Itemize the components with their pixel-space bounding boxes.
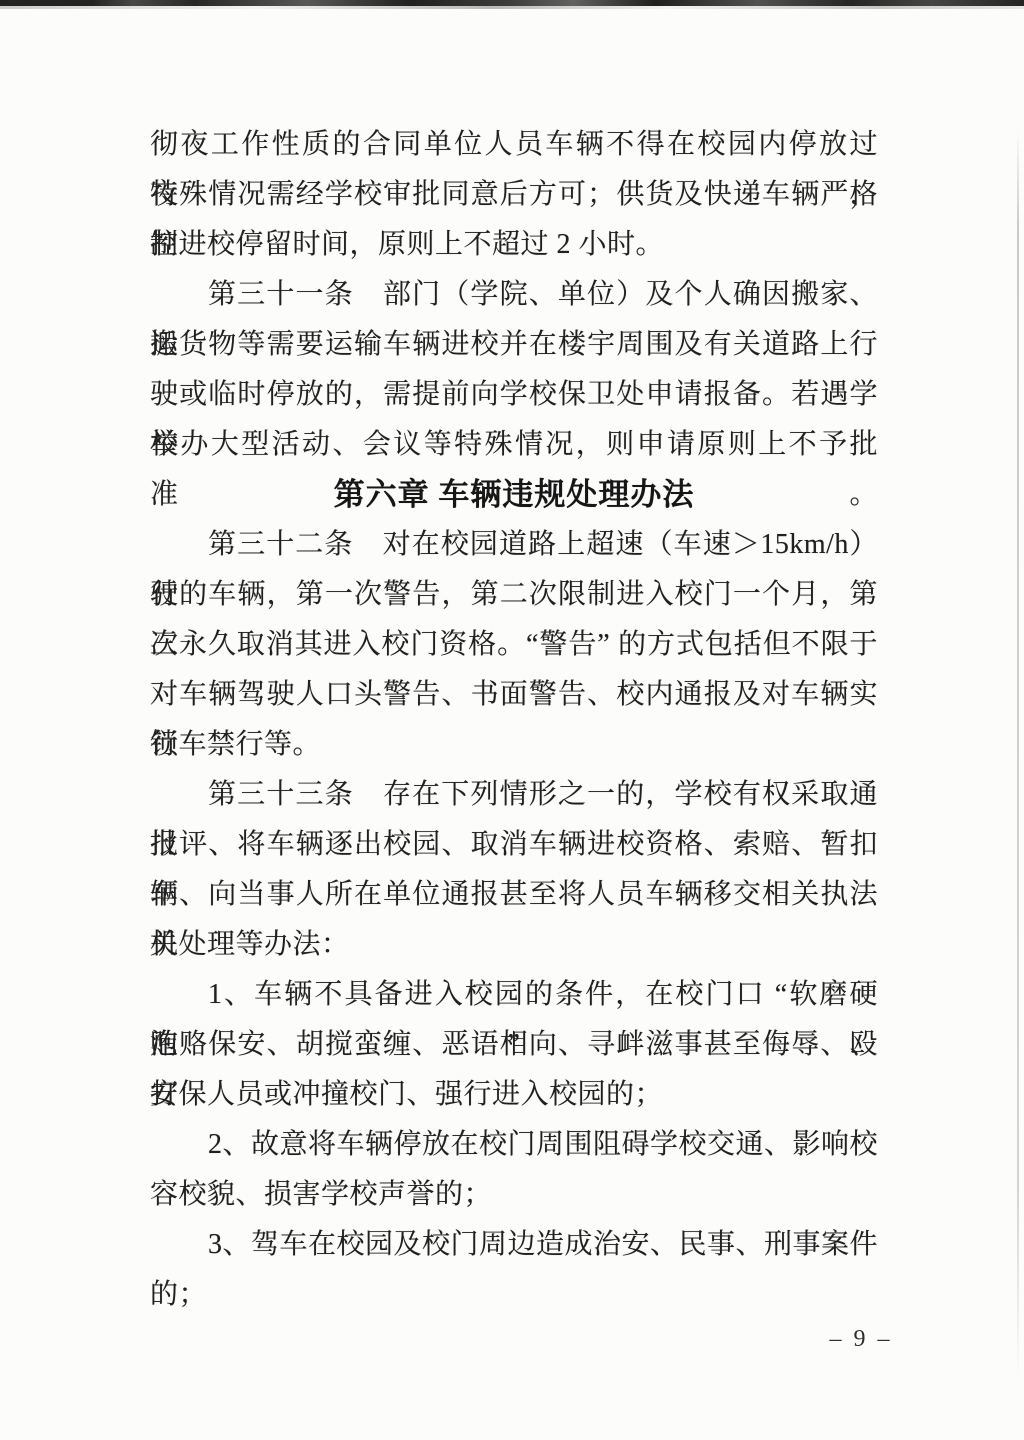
text-line: 彻夜工作性质的合同单位人员车辆不得在校园内停放过夜， [150,120,878,170]
text-line: 锁车禁行等。 [150,720,878,770]
text-line: 驶或临时停放的，需提前向学校保卫处申请报备。若遇学校 [150,370,878,420]
text-line: 安保人员或冲撞校门、强行进入校园的； [150,1070,878,1120]
text-line: 次永久取消其进入校门资格。“警告” 的方式包括但不限于 [150,620,878,670]
text-line: 容校貌、损害学校声誉的； [150,1170,878,1220]
text-line: 对车辆驾驶人口头警告、书面警告、校内通报及对车辆实行 [150,670,878,720]
scanned-document-page: 彻夜工作性质的合同单位人员车辆不得在校园内停放过夜，特殊情况需经学校审批同意后方… [0,0,1024,1440]
page-number: – 9 – [805,1326,917,1353]
text-line: 第三十一条 部门（学院、单位）及个人确因搬家、搬 [150,270,878,320]
text-line: 特殊情况需经学校审批同意后方可；供货及快递车辆严格控 [150,170,878,220]
text-line: 举办大型活动、会议等特殊情况，则申请原则上不予批准。 [150,420,878,470]
text-line: 关处理等办法： [150,920,878,970]
scan-artifact-right-line [1017,128,1019,1378]
text-line: 驶的车辆，第一次警告，第二次限制进入校门一个月，第三 [150,570,878,620]
text-line: 贿赂保安、胡搅蛮缠、恶语相向、寻衅滋事甚至侮辱、殴打 [150,1020,878,1070]
text-line: 第三十三条 存在下列情形之一的，学校有权采取通报 [150,770,878,820]
text-line: 批评、将车辆逐出校园、取消车辆进校资格、索赔、暂扣车 [150,820,878,870]
scan-artifact-top-shadow [0,6,1024,9]
text-line: 运货物等需要运输车辆进校并在楼宇周围及有关道路上行 [150,320,878,370]
text-line: 1、车辆不具备进入校园的条件，在校门口 “软磨硬泡”、 [150,970,878,1020]
text-line: 的； [150,1270,878,1320]
text-line: 2、故意将车辆停放在校门周围阻碍学校交通、影响校 [150,1120,878,1170]
text-line: 第三十二条 对在校园道路上超速（车速＞15km/h）行 [150,520,878,570]
text-line: 辆、向当事人所在单位通报甚至将人员车辆移交相关执法机 [150,870,878,920]
text-line: 制进校停留时间，原则上不超过 2 小时。 [150,220,878,270]
text-line: 3、驾车在校园及校门周边造成治安、民事、刑事案件 [150,1220,878,1270]
text-flow: 彻夜工作性质的合同单位人员车辆不得在校园内停放过夜，特殊情况需经学校审批同意后方… [150,120,878,1320]
